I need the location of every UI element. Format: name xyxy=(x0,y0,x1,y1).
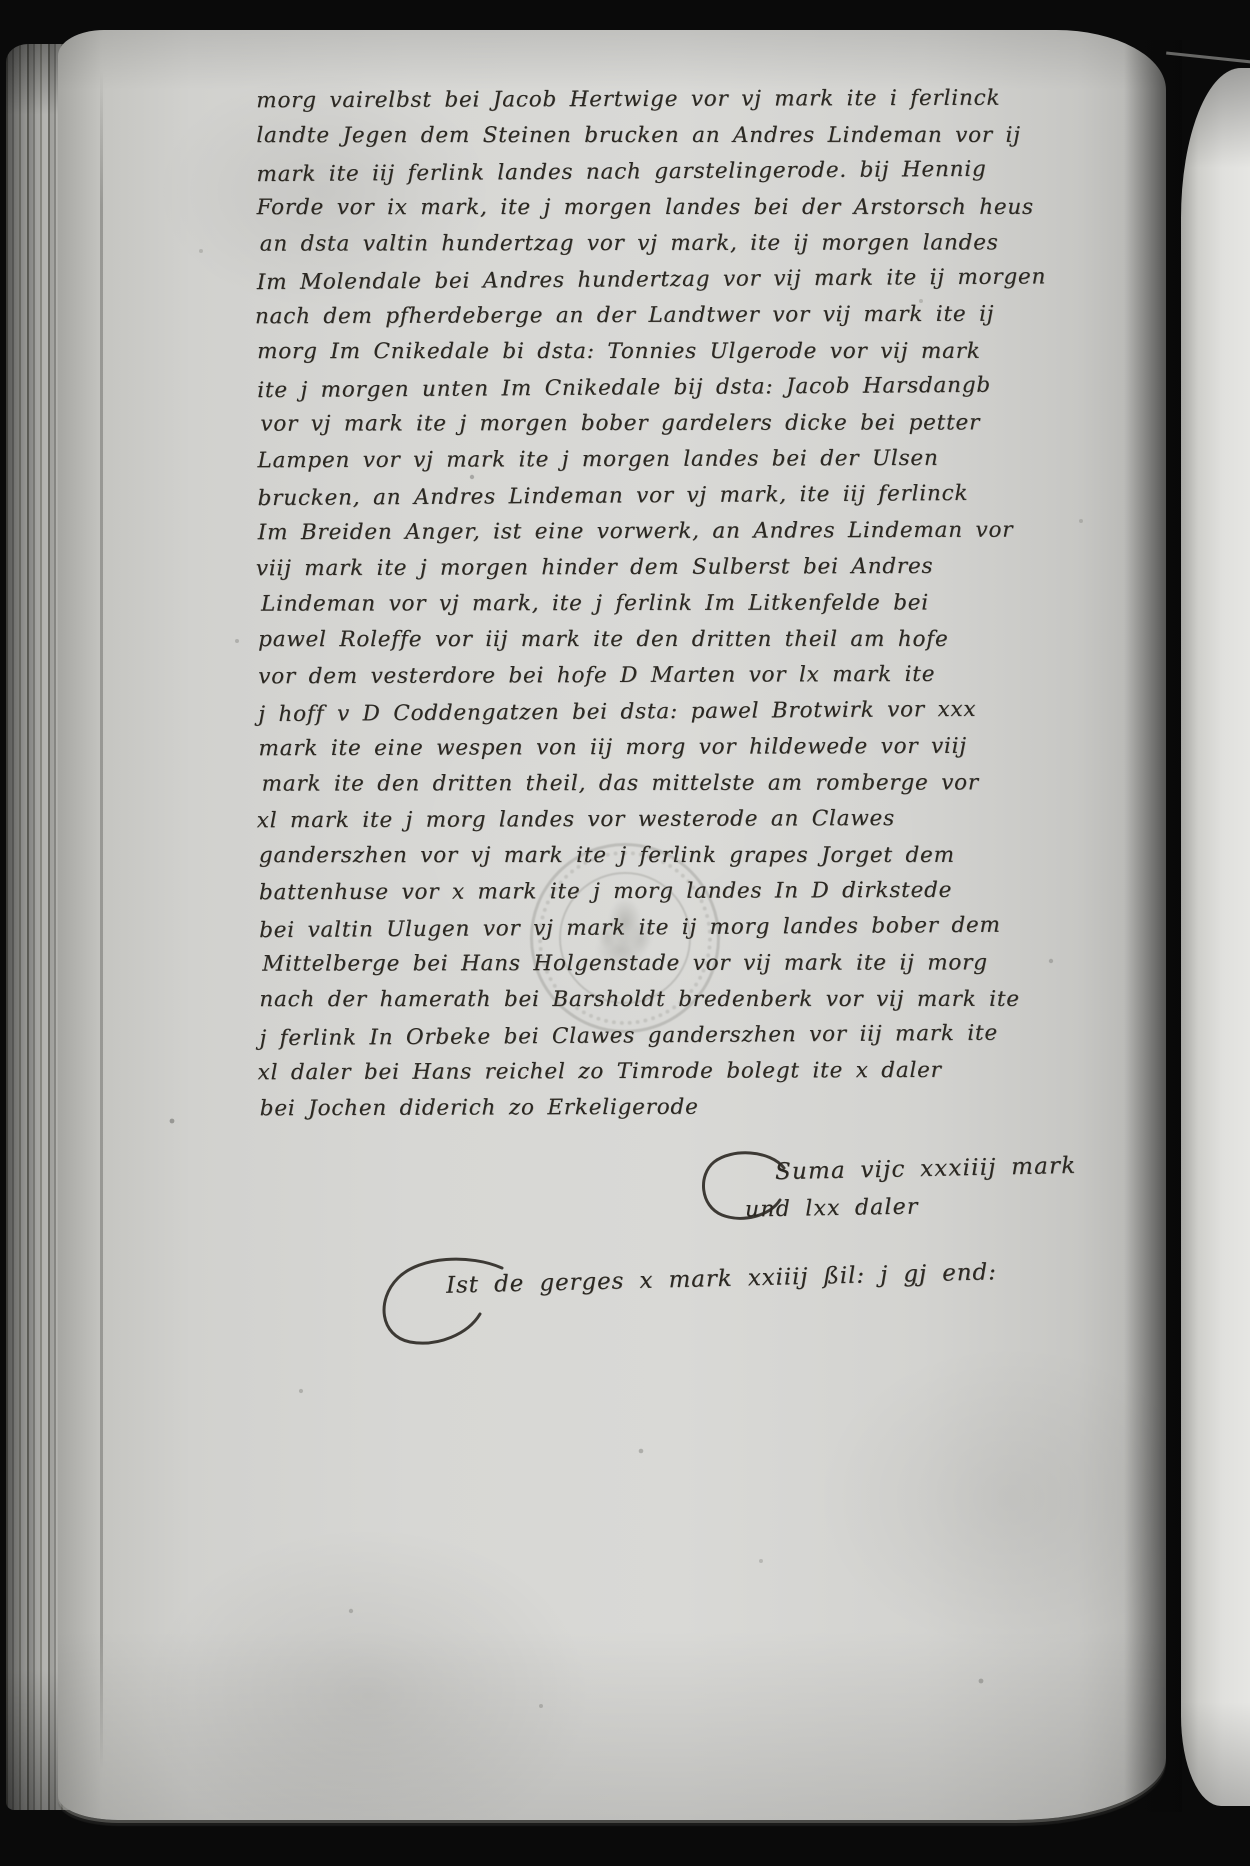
paper-specks xyxy=(0,0,2,2)
manuscript-line: mark ite iij ferlink landes nach garstel… xyxy=(256,152,970,193)
manuscript-line: Forde vor ix mark, ite j morgen landes b… xyxy=(257,190,971,226)
manuscript-line: bei valtin Ulugen vor vj mark ite ij mor… xyxy=(259,908,973,949)
sheet-edge-line xyxy=(100,70,103,1770)
manuscript-line: vor dem vesterdore bei hofe D Marten vor… xyxy=(258,657,972,695)
pen-flourish-loop-icon xyxy=(376,1252,510,1350)
manuscript-line: morg vairelbst bei Jacob Hertwige vor vj… xyxy=(256,81,970,119)
gutter-shadow xyxy=(1124,40,1182,1812)
manuscript-line: Lindeman vor vj mark, ite j ferlink Im L… xyxy=(261,585,975,622)
manuscript-line: mark ite eine wespen von iij morg vor hi… xyxy=(258,729,972,767)
manuscript-line: j hoff v D Coddengatzen bei dsta: pawel … xyxy=(258,692,972,733)
manuscript-line: morg Im Cnikedale bi dsta: Tonnies Ulger… xyxy=(257,334,971,370)
manuscript-line: Im Breiden Anger, ist eine vorwerk, an A… xyxy=(258,513,972,551)
manuscript-line: ite j morgen unten Im Cnikedale bij dsta… xyxy=(257,368,971,409)
manuscript-line: an dsta valtin hundertzag vor vj mark, i… xyxy=(260,225,974,262)
manuscript-line: Im Molendale bei Andres hundertzag vor v… xyxy=(257,260,971,301)
manuscript-line: bei Jochen diderich zo Erkeligerode xyxy=(260,1089,974,1127)
book-photograph: morg vairelbst bei Jacob Hertwige vor vj… xyxy=(0,0,1250,1866)
summary-line-2: und lxx daler xyxy=(745,1194,919,1222)
manuscript-line: xl daler bei Hans reichel zo Timrode bol… xyxy=(258,1053,972,1091)
manuscript-line: j ferlink In Orbeke bei Clawes ganderszh… xyxy=(259,1016,973,1057)
manuscript-line: nach der hamerath bei Barsholdt bredenbe… xyxy=(259,982,973,1018)
manuscript-line: mark ite den dritten theil, das mittelst… xyxy=(262,765,976,802)
manuscript-line: landte Jegen dem Steinen brucken an Andr… xyxy=(256,118,970,154)
manuscript-line: xl mark ite j morg landes vor westerode … xyxy=(257,801,971,839)
manuscript-line: battenhuse vor x mark ite j morg landes … xyxy=(259,873,973,911)
manuscript-line: pawel Roleffe vor iij mark ite den dritt… xyxy=(258,622,972,658)
manuscript-line: Lampen vor vj mark ite j morgen landes b… xyxy=(257,441,971,479)
manuscript-text-block: morg vairelbst bei Jacob Hertwige vor vj… xyxy=(256,81,974,1127)
right-page xyxy=(1181,68,1250,1806)
manuscript-line: vor vj mark ite j morgen bober gardelers… xyxy=(260,405,974,442)
manuscript-line: nach dem pfherdeberge an der Landtwer vo… xyxy=(255,297,969,335)
manuscript-line: ganderszhen vor vj mark ite j ferlink gr… xyxy=(259,838,973,874)
manuscript-line: Mittelberge bei Hans Holgenstade vor vij… xyxy=(262,945,976,982)
manuscript-line: brucken, an Andres Lindeman vor vj mark,… xyxy=(258,476,972,517)
manuscript-line: viij mark ite j morgen hinder dem Sulber… xyxy=(256,549,970,587)
